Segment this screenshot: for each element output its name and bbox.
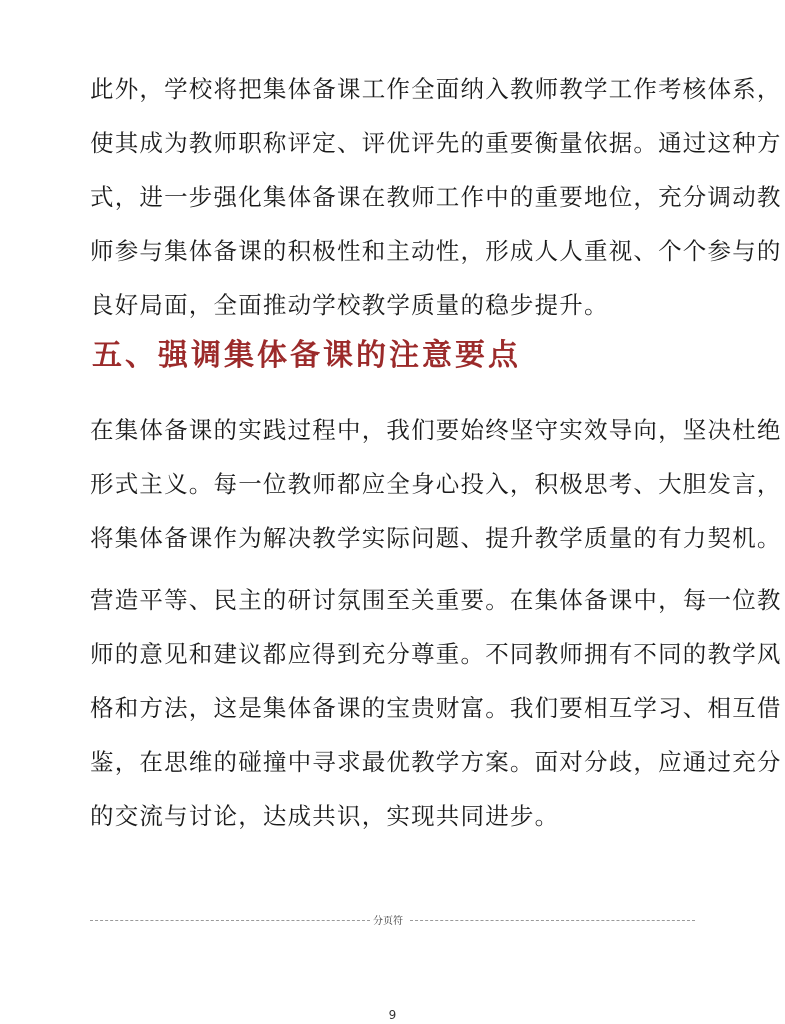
section-heading: 五、强调集体备课的注意要点 [92, 330, 521, 374]
text-line: 师的意见和建议都应得到充分尊重。不同教师拥有不同的教学风 [90, 627, 700, 681]
page-break-marker: 分页符 [90, 912, 695, 928]
text-line: 使其成为教师职称评定、评优评先的重要衡量依据。通过这种方 [90, 116, 700, 170]
paragraph-atmosphere: 营造平等、民主的研讨氛围至关重要。在集体备课中，每一位教 师的意见和建议都应得到… [90, 573, 700, 843]
document-page: 此外，学校将把集体备课工作全面纳入教师教学工作考核体系， 使其成为教师职称评定、… [0, 0, 785, 1024]
page-break-label: 分页符 [373, 912, 403, 927]
text-line: 营造平等、民主的研讨氛围至关重要。在集体备课中，每一位教 [90, 573, 700, 627]
page-break-dashed-line-right [410, 920, 695, 921]
text-line: 在集体备课的实践过程中，我们要始终坚守实效导向，坚决杜绝 [90, 403, 700, 457]
paragraph-practice: 在集体备课的实践过程中，我们要始终坚守实效导向，坚决杜绝 形式主义。每一位教师都… [90, 403, 700, 565]
text-line: 格和方法，这是集体备课的宝贵财富。我们要相互学习、相互借 [90, 681, 700, 735]
page-break-dashed-line-left [90, 920, 370, 921]
text-line: 鉴，在思维的碰撞中寻求最优教学方案。面对分歧，应通过充分 [90, 735, 700, 789]
text-line: 师参与集体备课的积极性和主动性，形成人人重视、个个参与的 [90, 224, 700, 278]
text-line: 的交流与讨论，达成共识，实现共同进步。 [90, 789, 700, 843]
text-line: 此外，学校将把集体备课工作全面纳入教师教学工作考核体系， [90, 62, 700, 116]
text-line: 式，进一步强化集体备课在教师工作中的重要地位，充分调动教 [90, 170, 700, 224]
page-number: 9 [0, 1008, 785, 1022]
text-line: 良好局面，全面推动学校教学质量的稳步提升。 [90, 278, 700, 332]
text-line: 形式主义。每一位教师都应全身心投入，积极思考、大胆发言， [90, 457, 700, 511]
text-line: 将集体备课作为解决教学实际问题、提升教学质量的有力契机。 [90, 511, 700, 565]
paragraph-assessment: 此外，学校将把集体备课工作全面纳入教师教学工作考核体系， 使其成为教师职称评定、… [90, 62, 700, 332]
